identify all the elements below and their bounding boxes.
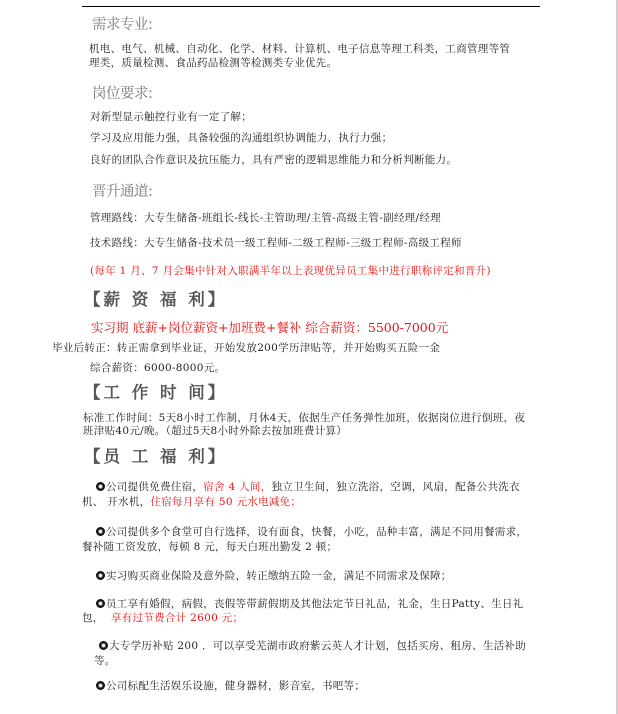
promotion-note: (每年 1 月、7 月会集中针对入职满半年以上表现优异员工集中进行职称评定和晋升… — [90, 263, 491, 278]
top-divider — [82, 6, 540, 7]
bullet-circle-icon — [96, 599, 105, 608]
bullet-circle-icon — [96, 527, 105, 536]
requirements-heading: 岗位要求: — [92, 82, 152, 103]
benefit-item-canteen-cont: 餐补随工资发放，每顿 8 元，每天白班出勤发 2 顿； — [82, 539, 337, 554]
benefit-item-insurance: 实习购买商业保险及意外险，转正缴纳五险一金，满足不同需求及保障； — [96, 568, 452, 583]
benefit-item-housing-cont: 机、 开水机，住宿每月享有 50 元水电减免； — [82, 494, 301, 509]
internship-salary: 实习期 底薪+岗位薪资+加班费+餐补 综合薪资：5500-7000元 — [91, 318, 448, 336]
benefit-item-subsidy-cont: 等。 — [94, 653, 116, 668]
bullet-circle-icon — [96, 482, 105, 491]
benefit-item-canteen: 公司提供多个食堂可自行选择，设有面食，快餐，小吃，品种丰富，满足不同用餐需求， — [96, 524, 527, 539]
requirement-item: 学习及应用能力强，具备较强的沟通组织协调能力，执行力强； — [90, 130, 392, 145]
regular-salary: 综合薪资：6000-8000元。 — [90, 360, 225, 375]
major-heading: 需求专业: — [92, 13, 152, 34]
major-line-1: 机电、电气、机械、自动化、化学、材料、计算机、电子信息等理工科类，工商管理等管 — [89, 41, 510, 56]
work-time-heading: 【工 作 时 间】 — [84, 379, 227, 403]
benefit-item-subsidy: 大专学历补贴 200 ．可以享受芜湖市政府紫云英人才计划，包括买房、租房、生活补… — [99, 638, 526, 653]
benefit-item-facilities: 公司标配生活娱乐设施，健身器材，影音室，书吧等； — [96, 678, 365, 693]
bullet-circle-icon — [99, 641, 108, 650]
salary-heading: 【薪 资 福 利】 — [84, 286, 227, 310]
promotion-heading: 晋升通道: — [92, 180, 152, 201]
management-path: 管理路线：大专生储备-班组长-线长-主管助理/主管-高级主管-副经理/经理 — [90, 210, 441, 225]
work-time-line-2: 班津贴40元/晚。（超过5天8小时外除去按加班费计算） — [83, 423, 347, 438]
requirement-item: 良好的团队合作意识及抗压能力，具有严密的逻辑思维能力和分析判断能力。 — [90, 152, 457, 167]
benefit-item-holidays: 员工享有婚假，病假，丧假等带薪假期及其他法定节日礼品，礼金，生日Patty、生日… — [96, 596, 524, 611]
bullet-circle-icon — [96, 571, 105, 580]
benefit-item-holidays-cont: 包， 享有过节费合计 2600 元； — [82, 610, 243, 625]
bullet-circle-icon — [96, 681, 105, 690]
major-line-2: 理类，质量检测、食品药品检测等检测类专业优先。 — [89, 55, 337, 70]
benefits-heading: 【员 工 福 利】 — [84, 443, 227, 467]
technical-path: 技术路线：大专生储备-技术员一级工程师-二级工程师-三级工程师-高级工程师 — [90, 235, 462, 250]
requirement-item: 对新型显示触控行业有一定了解； — [90, 109, 252, 124]
benefit-item-housing: 公司提供免费住宿，宿舍 4 人间，独立卫生间，独立洗浴，空调，风扇，配备公共洗衣 — [96, 479, 520, 494]
after-graduation-text: 毕业后转正：转正需拿到毕业证，开始发放200学历津贴等，并开始购买五险一金 — [52, 340, 440, 355]
